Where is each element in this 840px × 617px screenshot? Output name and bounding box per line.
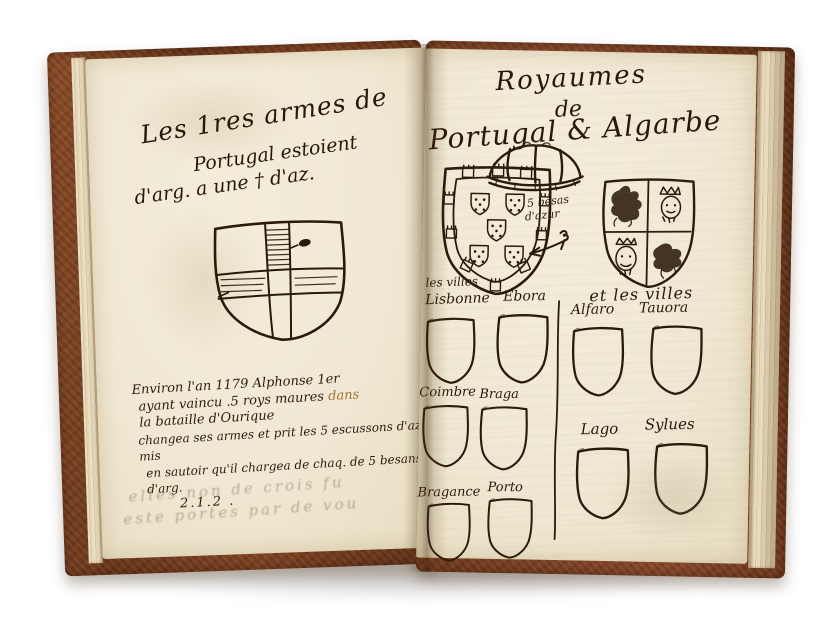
left-page: Les 1res armes de Portugal estoient d'ar… (85, 47, 444, 559)
empty-shield-sketch (568, 322, 628, 399)
empty-shield-sketch (571, 440, 634, 525)
city-label: Braga (479, 387, 519, 402)
quartered-arms-sketch (595, 174, 699, 294)
left-cover: Les 1res armes de Portugal estoient d'ar… (47, 40, 439, 577)
empty-shield-sketch (480, 493, 540, 561)
city-label: Ebora (503, 288, 546, 305)
city-label: Alfaro (571, 301, 614, 318)
paragraph-text-faded: dans (328, 387, 360, 404)
right-cover: Royaumes de Portugal & Algarbe (416, 41, 795, 579)
cross-shield-sketch (203, 214, 356, 351)
city-label: Lago (581, 420, 619, 439)
manuscript-photo: Les 1res armes de Portugal estoient d'ar… (0, 0, 840, 617)
empty-shield-sketch (418, 401, 473, 470)
empty-shield-sketch (644, 318, 708, 400)
empty-shield-sketch (491, 307, 554, 387)
empty-shield-sketch (474, 401, 534, 473)
page-title-line: Royaumes (495, 59, 648, 97)
empty-shield-sketch (648, 434, 713, 520)
annotation-arrow-icon (524, 226, 573, 265)
city-label: Sylues (645, 415, 695, 434)
empty-shield-sketch (422, 313, 479, 386)
city-label: Tauora (639, 300, 688, 317)
right-page: Royaumes de Portugal & Algarbe (416, 49, 757, 564)
group-label-left: les villes (425, 274, 478, 290)
empty-shield-sketch (419, 499, 479, 563)
city-label: Coimbre (419, 385, 476, 401)
city-label: Lisbonne (425, 290, 490, 308)
